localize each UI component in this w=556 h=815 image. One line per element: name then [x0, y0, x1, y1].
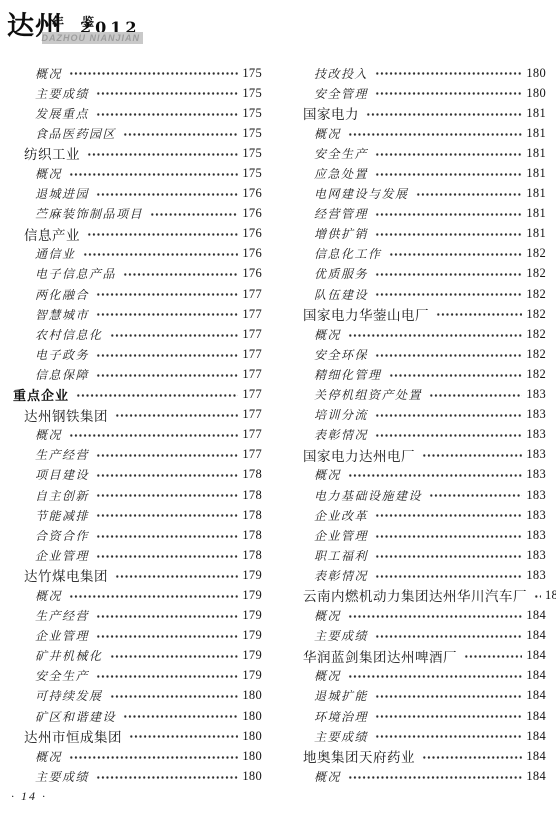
toc-entry-title: 电子政务 — [13, 346, 89, 363]
toc-entry: 企业管理 179 — [13, 626, 262, 646]
dot-leader — [95, 364, 238, 384]
toc-entry: 概况 182 — [292, 324, 546, 344]
dot-leader — [365, 103, 522, 123]
toc-entry-title: 退城扩能 — [292, 687, 368, 704]
toc-entry-title: 达州钢铁集团 — [13, 405, 108, 425]
toc-entry-page: 182 — [526, 307, 546, 322]
dot-leader — [374, 525, 522, 545]
toc-entry-page: 184 — [526, 608, 546, 623]
dot-leader — [68, 585, 238, 605]
dot-leader — [68, 425, 238, 445]
toc-entry: 企业管理 178 — [13, 545, 262, 565]
toc-entry-page: 176 — [242, 206, 262, 221]
toc-column-right: 技改投入 180 安全管理 180 国家电力 181 概况 181 安全生产 1… — [292, 63, 546, 786]
toc-entry-page: 183 — [526, 407, 546, 422]
toc-entry: 概况 177 — [13, 425, 262, 445]
toc-entry: 节能减排 178 — [13, 505, 262, 525]
toc-entry-title: 概况 — [292, 326, 341, 343]
toc-entry-page: 179 — [242, 648, 262, 663]
toc-entry-title: 达州市恒成集团 — [13, 726, 122, 746]
toc-entry: 经营管理 181 — [292, 204, 546, 224]
toc-entry-title: 主要成绩 — [292, 627, 368, 644]
toc-entry: 精细化管理 182 — [292, 364, 546, 384]
dot-leader — [347, 465, 522, 485]
dot-leader — [374, 83, 522, 103]
dot-leader — [374, 565, 522, 585]
toc-entry: 职工福利 183 — [292, 545, 546, 565]
toc-entry-page: 176 — [242, 226, 262, 241]
toc-entry-page: 177 — [242, 427, 262, 442]
dot-leader — [95, 304, 238, 324]
toc-entry-title: 企业管理 — [292, 527, 368, 544]
toc-entry: 应急处置 181 — [292, 163, 546, 183]
toc-entry-page: 183 — [526, 427, 546, 442]
toc-entry: 电力基础设施建设 183 — [292, 485, 546, 505]
dot-leader — [109, 324, 239, 344]
toc-entry-title: 队伍建设 — [292, 286, 368, 303]
toc-entry-title: 概况 — [13, 587, 62, 604]
toc-entry-title: 国家电力 — [292, 103, 359, 123]
toc-entry-page: 178 — [242, 488, 262, 503]
dot-leader — [374, 163, 522, 183]
toc-entry: 地奥集团天府药业 184 — [292, 746, 546, 766]
toc-entry-page: 176 — [242, 246, 262, 261]
toc-entry-title: 概况 — [292, 667, 341, 684]
toc-entry-title: 表彰情况 — [292, 567, 368, 584]
logo-banner: DAZHOU NIANJIAN — [42, 32, 143, 44]
toc-entry: 电子信息产品 176 — [13, 264, 262, 284]
toc-column-left: 概况 175 主要成绩 175 发展重点 175 食品医药园区 175 纺织工业… — [13, 63, 262, 786]
toc-entry-title: 农村信息化 — [13, 326, 103, 343]
toc-entry: 主要成绩 180 — [13, 766, 262, 786]
toc-entry-title: 项目建设 — [13, 466, 89, 483]
toc-entry-title: 电网建设与发展 — [292, 185, 409, 202]
dot-leader — [374, 204, 522, 224]
dot-leader — [428, 485, 522, 505]
dot-leader — [95, 505, 238, 525]
toc-entry-title: 安全生产 — [292, 145, 368, 162]
toc-entry-page: 176 — [242, 266, 262, 281]
toc-entry-title: 信息产业 — [13, 224, 80, 244]
toc-entry-page: 184 — [526, 749, 546, 764]
toc-entry-page: 177 — [242, 407, 262, 422]
toc-entry-page: 180 — [526, 86, 546, 101]
toc-entry: 国家电力华蓥山电厂 182 — [292, 304, 546, 324]
toc-entry: 智慧城市 177 — [13, 304, 262, 324]
toc-entry-page: 179 — [242, 588, 262, 603]
toc-entry: 退城进园 176 — [13, 184, 262, 204]
dot-leader — [388, 244, 523, 264]
toc-entry: 退城扩能 184 — [292, 686, 546, 706]
toc-entry: 概况 175 — [13, 163, 262, 183]
toc-entry: 纺织工业 175 — [13, 143, 262, 163]
dot-leader — [374, 344, 522, 364]
toc-entry-title: 企业改革 — [292, 507, 368, 524]
dot-leader — [428, 385, 522, 405]
toc-entry-page: 179 — [242, 568, 262, 583]
dot-leader — [95, 485, 238, 505]
dot-leader — [68, 746, 238, 766]
toc-entry-page: 183 — [526, 548, 546, 563]
toc-entry-title: 华润蓝剑集团达州啤酒厂 — [292, 646, 457, 666]
toc-entry-page: 181 — [526, 146, 546, 161]
toc-entry-page: 177 — [242, 307, 262, 322]
toc-entry: 达州钢铁集团 177 — [13, 405, 262, 425]
toc-entry-page: 177 — [242, 387, 262, 402]
dot-leader — [109, 686, 239, 706]
toc-entry-title: 信息化工作 — [292, 245, 382, 262]
toc-entry-title: 概况 — [13, 65, 62, 82]
toc-entry: 概况 184 — [292, 666, 546, 686]
dot-leader — [347, 766, 522, 786]
toc-entry-page: 177 — [242, 287, 262, 302]
dot-leader — [95, 545, 238, 565]
toc-entry-title: 发展重点 — [13, 105, 89, 122]
dot-leader — [374, 224, 522, 244]
toc-entry: 关停机组资产处置 183 — [292, 385, 546, 405]
toc-entry-page: 184 — [526, 709, 546, 724]
dot-leader — [95, 606, 238, 626]
toc-entry-title: 地奥集团天府药业 — [292, 746, 415, 766]
dot-leader — [95, 103, 238, 123]
toc-entry-page: 183 — [526, 528, 546, 543]
toc-entry: 主要成绩 184 — [292, 626, 546, 646]
dot-leader — [122, 123, 238, 143]
toc-entry-page: 183 — [526, 488, 546, 503]
dot-leader — [374, 505, 522, 525]
toc-entry-page: 181 — [526, 126, 546, 141]
toc-entry-page: 175 — [242, 126, 262, 141]
toc-entry-title: 电子信息产品 — [13, 265, 116, 282]
toc-entry-page: 181 — [526, 166, 546, 181]
dot-leader — [149, 204, 238, 224]
toc-entry-page: 184 — [526, 648, 546, 663]
toc-entry-title: 表彰情况 — [292, 426, 368, 443]
dot-leader — [374, 545, 522, 565]
toc-entry-page: 178 — [242, 528, 262, 543]
toc-entry: 生产经营 179 — [13, 606, 262, 626]
toc-entry-page: 177 — [242, 347, 262, 362]
toc-entry-title: 概况 — [13, 426, 62, 443]
dot-leader — [347, 123, 522, 143]
dot-leader — [75, 385, 238, 405]
toc-entry-page: 183 — [526, 568, 546, 583]
toc-entry-page: 182 — [526, 246, 546, 261]
toc-entry-title: 电力基础设施建设 — [292, 487, 422, 504]
toc-entry: 达竹煤电集团 179 — [13, 565, 262, 585]
toc-entry-page: 175 — [242, 146, 262, 161]
toc-entry: 增供扩销 181 — [292, 224, 546, 244]
toc-entry-title: 节能减排 — [13, 507, 89, 524]
toc-entry: 农村信息化 177 — [13, 324, 262, 344]
toc-entry-page: 175 — [242, 66, 262, 81]
toc-entry-page: 180 — [242, 709, 262, 724]
dot-leader — [374, 264, 522, 284]
toc-entry: 概况 180 — [13, 746, 262, 766]
toc-entry-title: 自主创新 — [13, 487, 89, 504]
toc-entry: 表彰情况 183 — [292, 565, 546, 585]
toc-entry-page: 179 — [242, 628, 262, 643]
toc-entry: 概况 183 — [292, 465, 546, 485]
toc-entry-page: 181 — [526, 186, 546, 201]
toc-entry: 电网建设与发展 181 — [292, 184, 546, 204]
toc-entry-page: 183 — [526, 387, 546, 402]
toc-entry-page: 183 — [526, 508, 546, 523]
dot-leader — [347, 666, 522, 686]
toc-entry: 达州市恒成集团 180 — [13, 726, 262, 746]
toc-entry: 企业改革 183 — [292, 505, 546, 525]
toc-entry: 信息产业 176 — [13, 224, 262, 244]
toc-entry-title: 矿井机械化 — [13, 647, 103, 664]
toc-entry-page: 182 — [526, 327, 546, 342]
toc-entry-page: 178 — [242, 467, 262, 482]
toc-entry: 安全环保 182 — [292, 344, 546, 364]
toc-entry: 重点企业 177 — [13, 385, 262, 405]
toc-entry-title: 生产经营 — [13, 446, 89, 463]
toc-entry: 企业管理 183 — [292, 525, 546, 545]
dot-leader — [95, 184, 238, 204]
toc-entry: 环境治理 184 — [292, 706, 546, 726]
toc-entry-title: 国家电力华蓥山电厂 — [292, 304, 429, 324]
dot-leader — [114, 565, 238, 585]
toc-entry-title: 概况 — [292, 768, 341, 785]
dot-leader — [68, 63, 238, 83]
toc-entry-page: 181 — [526, 206, 546, 221]
toc-entry-title: 苎麻装饰制品项目 — [13, 205, 143, 222]
dot-leader — [388, 364, 523, 384]
toc-entry: 国家电力 181 — [292, 103, 546, 123]
toc-entry-title: 应急处置 — [292, 165, 368, 182]
toc-entry: 苎麻装饰制品项目 176 — [13, 204, 262, 224]
dot-leader — [374, 143, 522, 163]
dot-leader — [122, 264, 238, 284]
toc-entry: 发展重点 175 — [13, 103, 262, 123]
dot-leader — [95, 284, 238, 304]
dot-leader — [114, 405, 238, 425]
toc-entry-title: 矿区和谐建设 — [13, 708, 116, 725]
toc-entry-page: 178 — [242, 548, 262, 563]
toc-entry-title: 信息保障 — [13, 366, 89, 383]
toc-entry-title: 环境治理 — [292, 708, 368, 725]
toc-entry-title: 概况 — [13, 165, 62, 182]
dot-leader — [95, 626, 238, 646]
toc-entry-title: 企业管理 — [13, 547, 89, 564]
toc-entry-page: 183 — [526, 467, 546, 482]
toc-entry-title: 退城进园 — [13, 185, 89, 202]
dot-leader — [421, 445, 522, 465]
toc-entry-page: 177 — [242, 367, 262, 382]
dot-leader — [374, 405, 522, 425]
toc-entry-title: 合资合作 — [13, 527, 89, 544]
toc-entry-page: 181 — [526, 226, 546, 241]
toc-entry: 信息保障 177 — [13, 364, 262, 384]
dot-leader — [128, 726, 238, 746]
toc-entry-page: 182 — [526, 266, 546, 281]
toc-entry-page: 184 — [526, 668, 546, 683]
dot-leader — [374, 63, 522, 83]
toc-entry: 生产经营 177 — [13, 445, 262, 465]
folio-page-number: · 14 · — [11, 789, 47, 804]
dot-leader — [109, 646, 239, 666]
toc-entry-page: 180 — [526, 66, 546, 81]
dot-leader — [95, 666, 238, 686]
toc-entry: 安全生产 181 — [292, 143, 546, 163]
toc-entry-page: 180 — [242, 688, 262, 703]
toc-entry: 两化融合 177 — [13, 284, 262, 304]
toc-entry-page: 180 — [242, 769, 262, 784]
dot-leader — [68, 163, 238, 183]
toc-entry-page: 181 — [526, 106, 546, 121]
toc-entry-title: 国家电力达州电厂 — [292, 445, 415, 465]
dot-leader — [374, 425, 522, 445]
toc-entry-title: 生产经营 — [13, 607, 89, 624]
toc-entry: 通信业 176 — [13, 244, 262, 264]
toc-entry-title: 技改投入 — [292, 65, 368, 82]
toc-entry-page: 180 — [242, 729, 262, 744]
toc-entry: 矿井机械化 179 — [13, 646, 262, 666]
toc-entry: 概况 179 — [13, 585, 262, 605]
toc-entry-title: 主要成绩 — [13, 85, 89, 102]
toc-entry-title: 主要成绩 — [13, 768, 89, 785]
toc-entry: 队伍建设 182 — [292, 284, 546, 304]
toc-entry-title: 云南内燃机动力集团达州华川汽车厂 — [292, 585, 527, 605]
toc-entry-page: 176 — [242, 186, 262, 201]
toc-entry: 安全管理 180 — [292, 83, 546, 103]
toc-entry-page: 175 — [242, 86, 262, 101]
toc-entry-title: 两化融合 — [13, 286, 89, 303]
dot-leader — [86, 143, 238, 163]
toc-entry: 概况 175 — [13, 63, 262, 83]
toc-entry-title: 主要成绩 — [292, 728, 368, 745]
dot-leader — [95, 465, 238, 485]
toc-entry-title: 通信业 — [13, 245, 76, 262]
dot-leader — [374, 284, 522, 304]
toc-entry-page: 175 — [242, 166, 262, 181]
toc-entry: 表彰情况 183 — [292, 425, 546, 445]
logo-banner-text: DAZHOU NIANJIAN — [41, 33, 140, 43]
toc-entry: 电子政务 177 — [13, 344, 262, 364]
toc-entry-page: 184 — [526, 729, 546, 744]
dot-leader — [374, 706, 522, 726]
dot-leader — [347, 324, 522, 344]
toc-entry-title: 精细化管理 — [292, 366, 382, 383]
toc-entry-title: 重点企业 — [13, 385, 69, 404]
toc-entry-page: 179 — [242, 608, 262, 623]
toc-entry-title: 概况 — [292, 466, 341, 483]
toc-entry-page: 184 — [545, 588, 556, 603]
dot-leader — [415, 184, 523, 204]
toc-entry-page: 177 — [242, 447, 262, 462]
toc-entry-page: 177 — [242, 327, 262, 342]
toc-entry: 华润蓝剑集团达州啤酒厂 184 — [292, 646, 546, 666]
dot-leader — [122, 706, 238, 726]
dot-leader — [86, 224, 238, 244]
toc-entry-page: 175 — [242, 106, 262, 121]
toc-entry-title: 概况 — [292, 125, 341, 142]
toc-entry-title: 增供扩销 — [292, 225, 368, 242]
dot-leader — [82, 244, 239, 264]
toc-entry-title: 安全管理 — [292, 85, 368, 102]
toc-entry-page: 183 — [526, 447, 546, 462]
toc-entry-page: 180 — [242, 749, 262, 764]
toc-entry-title: 安全生产 — [13, 667, 89, 684]
dot-leader — [95, 525, 238, 545]
toc-entry: 技改投入 180 — [292, 63, 546, 83]
dot-leader — [435, 304, 522, 324]
toc-entry: 自主创新 178 — [13, 485, 262, 505]
toc-entry: 项目建设 178 — [13, 465, 262, 485]
toc-entry-title: 优质服务 — [292, 265, 368, 282]
toc-entry: 优质服务 182 — [292, 264, 546, 284]
toc-entry: 可持续发展 180 — [13, 686, 262, 706]
dot-leader — [347, 606, 522, 626]
toc-entry: 主要成绩 175 — [13, 83, 262, 103]
toc-entry-title: 培训分流 — [292, 406, 368, 423]
dot-leader — [374, 726, 522, 746]
toc-entry-title: 智慧城市 — [13, 306, 89, 323]
toc-entry: 国家电力达州电厂 183 — [292, 445, 546, 465]
toc-entry: 信息化工作 182 — [292, 244, 546, 264]
toc-entry: 矿区和谐建设 180 — [13, 706, 262, 726]
toc-entry-title: 职工福利 — [292, 547, 368, 564]
toc-entry-page: 178 — [242, 508, 262, 523]
toc-entry-title: 企业管理 — [13, 627, 89, 644]
toc-entry-title: 安全环保 — [292, 346, 368, 363]
dot-leader — [463, 646, 522, 666]
toc-entry: 概况 184 — [292, 766, 546, 786]
toc-entry-page: 184 — [526, 769, 546, 784]
toc-entry-title: 纺织工业 — [13, 143, 80, 163]
toc-entry: 食品医药园区 175 — [13, 123, 262, 143]
toc-entry: 主要成绩 184 — [292, 726, 546, 746]
dot-leader — [95, 83, 238, 103]
dot-leader — [421, 746, 522, 766]
toc-entry-page: 182 — [526, 347, 546, 362]
dot-leader — [95, 344, 238, 364]
toc-entry-page: 184 — [526, 628, 546, 643]
dot-leader — [95, 766, 238, 786]
toc-entry-page: 179 — [242, 668, 262, 683]
toc-entry-page: 182 — [526, 287, 546, 302]
toc-entry-title: 达竹煤电集团 — [13, 565, 108, 585]
dot-leader — [533, 585, 541, 605]
dot-leader — [374, 686, 522, 706]
toc-entry-title: 可持续发展 — [13, 687, 103, 704]
toc-entry-title: 食品医药园区 — [13, 125, 116, 142]
dot-leader — [374, 626, 522, 646]
toc-entry: 云南内燃机动力集团达州华川汽车厂 184 — [292, 585, 546, 605]
toc-entry-title: 概况 — [292, 607, 341, 624]
toc-entry-page: 182 — [526, 367, 546, 382]
toc-entry: 概况 181 — [292, 123, 546, 143]
toc-entry-page: 184 — [526, 688, 546, 703]
dot-leader — [95, 445, 238, 465]
toc-entry-title: 关停机组资产处置 — [292, 386, 422, 403]
toc-entry-title: 概况 — [13, 748, 62, 765]
toc-entry-title: 经营管理 — [292, 205, 368, 222]
toc-entry: 概况 184 — [292, 606, 546, 626]
toc-entry: 安全生产 179 — [13, 666, 262, 686]
toc-entry: 培训分流 183 — [292, 405, 546, 425]
toc-entry: 合资合作 178 — [13, 525, 262, 545]
page-header: 达州 年 鉴 2012 DAZHOU NIANJIAN — [0, 0, 556, 60]
